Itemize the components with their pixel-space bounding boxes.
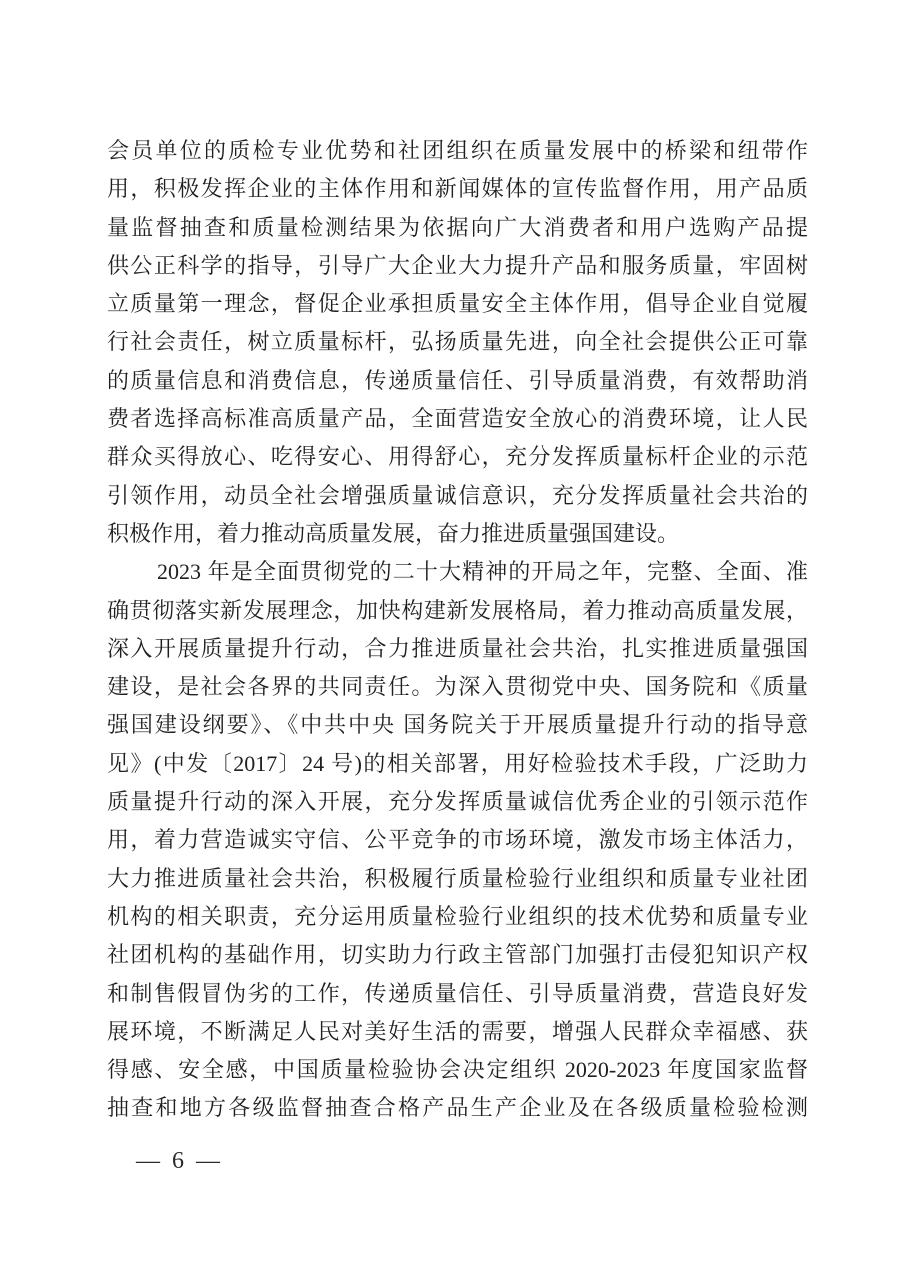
text-line: 展环境，不断满足人民对美好生活的需要，增强人民群众幸福感、获 (107, 1013, 808, 1051)
text-line: 深入开展质量提升行动，合力推进质量社会共治，扎实推进质量强国 (107, 630, 808, 668)
text-line: 引领作用，动员全社会增强质量诚信意识，充分发挥质量社会共治的 (107, 477, 808, 515)
text-line: 量监督抽查和质量检测结果为依据向广大消费者和用户选购产品提 (107, 209, 808, 247)
text-line: 和制售假冒伪劣的工作，传递质量信任、引导质量消费，营造良好发 (107, 975, 808, 1013)
text-line: 行社会责任，树立质量标杆，弘扬质量先进，向全社会提供公正可靠 (107, 323, 808, 361)
text-line: 积极作用，着力推动高质量发展，奋力推进质量强国建设。 (107, 515, 808, 553)
text-line: 群众买得放心、吃得安心、用得舒心，充分发挥质量标杆企业的示范 (107, 438, 808, 476)
text-line: 的质量信息和消费信息，传递质量信任、引导质量消费，有效帮助消 (107, 362, 808, 400)
text-line: 大力推进质量社会共治，积极履行质量检验行业组织和质量专业社团 (107, 860, 808, 898)
text-line: 费者选择高标准高质量产品，全面营造安全放心的消费环境，让人民 (107, 400, 808, 438)
text-line: 机构的相关职责，充分运用质量检验行业组织的技术优势和质量专业 (107, 898, 808, 936)
text-line: 得感、安全感，中国质量检验协会决定组织 2020-2023 年度国家监督 (107, 1051, 808, 1089)
text-line: 见》(中发〔2017〕24 号)的相关部署，用好检验技术手段，广泛助力 (107, 745, 808, 783)
text-line: 供公正科学的指导，引导广大企业大力提升产品和服务质量，牢固树 (107, 247, 808, 285)
text-line: 立质量第一理念，督促企业承担质量安全主体作用，倡导企业自觉履 (107, 285, 808, 323)
page-number: — 6 — (136, 1148, 223, 1175)
text-line: 抽查和地方各级监督抽查合格产品生产企业及在各级质量检验检测 (107, 1089, 808, 1127)
text-line: 质量提升行动的深入开展，充分发挥质量诚信优秀企业的引领示范作 (107, 783, 808, 821)
text-line: 社团机构的基础作用，切实助力行政主管部门加强打击侵犯知识产权 (107, 936, 808, 974)
text-line: 确贯彻落实新发展理念，加快构建新发展格局，着力推动高质量发展， (107, 592, 808, 630)
text-line: 2023 年是全面贯彻党的二十大精神的开局之年，完整、全面、准 (107, 553, 808, 591)
text-line: 强国建设纲要》、《中共中央 国务院关于开展质量提升行动的指导意 (107, 706, 808, 744)
text-line: 会员单位的质检专业优势和社团组织在质量发展中的桥梁和纽带作 (107, 132, 808, 170)
document-body-text: 会员单位的质检专业优势和社团组织在质量发展中的桥梁和纽带作用，积极发挥企业的主体… (107, 132, 808, 1128)
text-line: 建设，是社会各界的共同责任。为深入贯彻党中央、国务院和《质量 (107, 668, 808, 706)
text-line: 用，积极发挥企业的主体作用和新闻媒体的宣传监督作用，用产品质 (107, 170, 808, 208)
text-line: 用，着力营造诚实守信、公平竞争的市场环境，激发市场主体活力， (107, 821, 808, 859)
scanned-document-page: 会员单位的质检专业优势和社团组织在质量发展中的桥梁和纽带作用，积极发挥企业的主体… (0, 0, 900, 1273)
